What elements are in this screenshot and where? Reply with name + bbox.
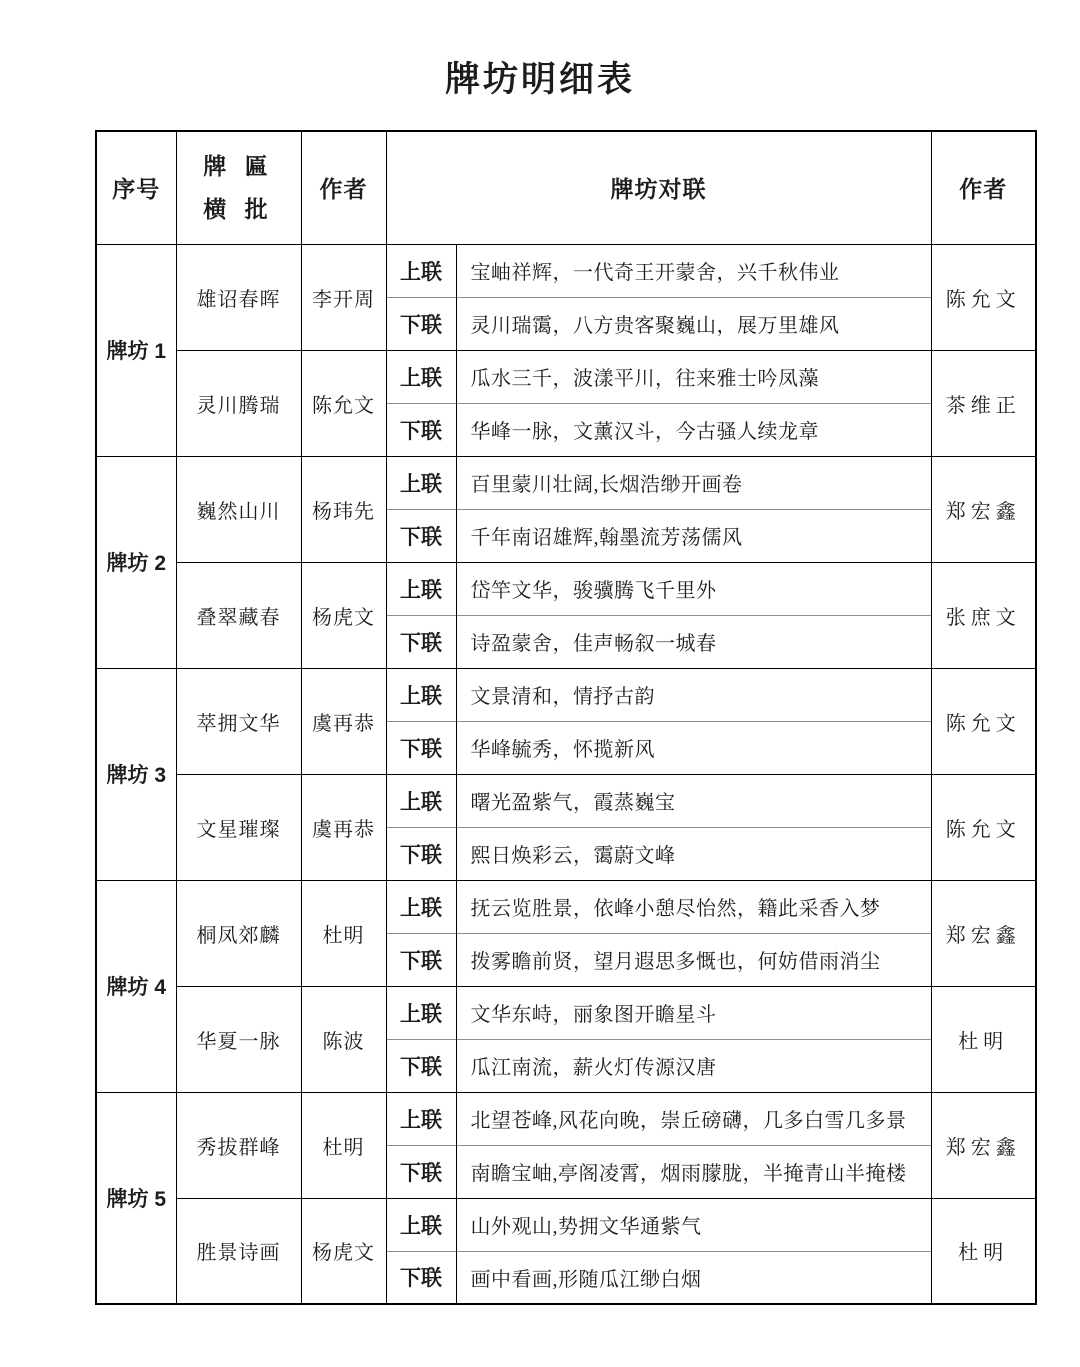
plaque-name-cell: 文星璀璨 (176, 774, 301, 880)
lower-couplet-text: 华峰一脉，文薰汉斗，今古骚人续龙章 (456, 403, 931, 456)
serial-cell: 牌坊 3 (96, 668, 176, 880)
lower-couplet-label: 下联 (386, 615, 456, 668)
couplet-author-cell: 陈允文 (931, 668, 1036, 774)
plaque-name-cell: 秀拔群峰 (176, 1092, 301, 1198)
table-row: 牌坊 3萃拥文华虞再恭上联文景清和，情抒古韵陈允文 (96, 668, 1036, 721)
table-row: 华夏一脉陈波上联文华东峙，丽象图开瞻星斗杜明 (96, 986, 1036, 1039)
table-body: 牌坊 1雄诏春晖李开周上联宝岫祥辉，一代奇王开蒙舍，兴千秋伟业陈允文下联灵川瑞霭… (96, 244, 1036, 1304)
table-row: 文星璀璨虞再恭上联曙光盈紫气，霞蒸巍宝陈允文 (96, 774, 1036, 827)
lower-couplet-label: 下联 (386, 1039, 456, 1092)
upper-couplet-label: 上联 (386, 1092, 456, 1145)
header-author: 作者 (301, 131, 386, 244)
header-couplet-author: 作者 (931, 131, 1036, 244)
plaque-name-cell: 巍然山川 (176, 456, 301, 562)
couplet-author-cell: 茶维正 (931, 350, 1036, 456)
lower-couplet-label: 下联 (386, 721, 456, 774)
plaque-author-cell: 陈允文 (301, 350, 386, 456)
upper-couplet-label: 上联 (386, 1198, 456, 1251)
header-couplet: 牌坊对联 (386, 131, 931, 244)
page-title: 牌坊明细表 (0, 0, 1080, 102)
plaque-name-cell: 桐凤郊麟 (176, 880, 301, 986)
upper-couplet-label: 上联 (386, 350, 456, 403)
plaque-name-cell: 灵川腾瑞 (176, 350, 301, 456)
couplet-author-cell: 陈允文 (931, 244, 1036, 350)
upper-couplet-text: 宝岫祥辉，一代奇王开蒙舍，兴千秋伟业 (456, 244, 931, 297)
header-plaque-line2: 横 批 (177, 188, 301, 231)
couplet-author-cell: 郑宏鑫 (931, 1092, 1036, 1198)
lower-couplet-text: 拨雾瞻前贤，望月遐思多慨也，何妨借雨消尘 (456, 933, 931, 986)
header-serial: 序号 (96, 131, 176, 244)
table-row: 叠翠藏春杨虎文上联岱竿文华，骏骥腾飞千里外张庶文 (96, 562, 1036, 615)
upper-couplet-text: 山外观山,势拥文华通紫气 (456, 1198, 931, 1251)
lower-couplet-text: 熙日焕彩云，霭蔚文峰 (456, 827, 931, 880)
lower-couplet-label: 下联 (386, 827, 456, 880)
lower-couplet-text: 诗盈蒙舍，佳声畅叙一城春 (456, 615, 931, 668)
plaque-author-cell: 杨玮先 (301, 456, 386, 562)
upper-couplet-label: 上联 (386, 986, 456, 1039)
couplet-author-cell: 杜明 (931, 1198, 1036, 1304)
detail-table-container: 序号 牌 匾 横 批 作者 牌坊对联 作者 牌坊 1雄诏春晖李开周上联宝岫祥辉，… (95, 130, 1080, 1305)
table-row: 牌坊 5秀拔群峰杜明上联北望苍峰,风花向晚，崇丘磅礴，几多白雪几多景郑宏鑫 (96, 1092, 1036, 1145)
plaque-author-cell: 杜明 (301, 1092, 386, 1198)
upper-couplet-text: 北望苍峰,风花向晚，崇丘磅礴，几多白雪几多景 (456, 1092, 931, 1145)
serial-cell: 牌坊 2 (96, 456, 176, 668)
lower-couplet-label: 下联 (386, 1251, 456, 1304)
plaque-name-cell: 雄诏春晖 (176, 244, 301, 350)
lower-couplet-text: 南瞻宝岫,亭阁凌霄，烟雨朦胧，半掩青山半掩楼 (456, 1145, 931, 1198)
upper-couplet-label: 上联 (386, 774, 456, 827)
lower-couplet-text: 千年南诏雄辉,翰墨流芳荡儒风 (456, 509, 931, 562)
serial-cell: 牌坊 1 (96, 244, 176, 456)
lower-couplet-label: 下联 (386, 1145, 456, 1198)
plaque-name-cell: 叠翠藏春 (176, 562, 301, 668)
lower-couplet-label: 下联 (386, 509, 456, 562)
lower-couplet-label: 下联 (386, 403, 456, 456)
couplet-author-cell: 张庶文 (931, 562, 1036, 668)
upper-couplet-label: 上联 (386, 880, 456, 933)
couplet-author-cell: 郑宏鑫 (931, 880, 1036, 986)
plaque-name-cell: 华夏一脉 (176, 986, 301, 1092)
upper-couplet-text: 岱竿文华，骏骥腾飞千里外 (456, 562, 931, 615)
serial-cell: 牌坊 5 (96, 1092, 176, 1304)
plaque-name-cell: 萃拥文华 (176, 668, 301, 774)
lower-couplet-text: 灵川瑞霭，八方贵客聚巍山，展万里雄风 (456, 297, 931, 350)
table-row: 牌坊 4桐凤郊麟杜明上联抚云览胜景，依峰小憩尽怡然，籍此采香入梦郑宏鑫 (96, 880, 1036, 933)
upper-couplet-text: 曙光盈紫气，霞蒸巍宝 (456, 774, 931, 827)
header-plaque-line1: 牌 匾 (177, 145, 301, 188)
lower-couplet-text: 华峰毓秀，怀揽新风 (456, 721, 931, 774)
plaque-author-cell: 李开周 (301, 244, 386, 350)
lower-couplet-label: 下联 (386, 933, 456, 986)
serial-cell: 牌坊 4 (96, 880, 176, 1092)
plaque-author-cell: 杜明 (301, 880, 386, 986)
couplet-author-cell: 郑宏鑫 (931, 456, 1036, 562)
upper-couplet-label: 上联 (386, 562, 456, 615)
table-row: 牌坊 2巍然山川杨玮先上联百里蒙川壮阔,长烟浩缈开画卷郑宏鑫 (96, 456, 1036, 509)
upper-couplet-label: 上联 (386, 244, 456, 297)
upper-couplet-label: 上联 (386, 668, 456, 721)
header-row: 序号 牌 匾 横 批 作者 牌坊对联 作者 (96, 131, 1036, 244)
table-header: 序号 牌 匾 横 批 作者 牌坊对联 作者 (96, 131, 1036, 244)
plaque-name-cell: 胜景诗画 (176, 1198, 301, 1304)
couplet-author-cell: 陈允文 (931, 774, 1036, 880)
plaque-author-cell: 杨虎文 (301, 562, 386, 668)
upper-couplet-text: 文景清和，情抒古韵 (456, 668, 931, 721)
table-row: 牌坊 1雄诏春晖李开周上联宝岫祥辉，一代奇王开蒙舍，兴千秋伟业陈允文 (96, 244, 1036, 297)
upper-couplet-text: 百里蒙川壮阔,长烟浩缈开画卷 (456, 456, 931, 509)
plaque-author-cell: 虞再恭 (301, 668, 386, 774)
lower-couplet-label: 下联 (386, 297, 456, 350)
archway-detail-table: 序号 牌 匾 横 批 作者 牌坊对联 作者 牌坊 1雄诏春晖李开周上联宝岫祥辉，… (95, 130, 1037, 1305)
page: { "title": "牌坊明细表", "header": { "col_ser… (0, 0, 1080, 1367)
plaque-author-cell: 陈波 (301, 986, 386, 1092)
lower-couplet-text: 瓜江南流，薪火灯传源汉唐 (456, 1039, 931, 1092)
plaque-author-cell: 杨虎文 (301, 1198, 386, 1304)
plaque-author-cell: 虞再恭 (301, 774, 386, 880)
table-row: 胜景诗画杨虎文上联山外观山,势拥文华通紫气杜明 (96, 1198, 1036, 1251)
lower-couplet-text: 画中看画,形随瓜江缈白烟 (456, 1251, 931, 1304)
upper-couplet-text: 文华东峙，丽象图开瞻星斗 (456, 986, 931, 1039)
couplet-author-cell: 杜明 (931, 986, 1036, 1092)
header-plaque: 牌 匾 横 批 (176, 131, 301, 244)
upper-couplet-text: 瓜水三千，波漾平川，往来雅士吟凤藻 (456, 350, 931, 403)
upper-couplet-text: 抚云览胜景，依峰小憩尽怡然，籍此采香入梦 (456, 880, 931, 933)
table-row: 灵川腾瑞陈允文上联瓜水三千，波漾平川，往来雅士吟凤藻茶维正 (96, 350, 1036, 403)
upper-couplet-label: 上联 (386, 456, 456, 509)
